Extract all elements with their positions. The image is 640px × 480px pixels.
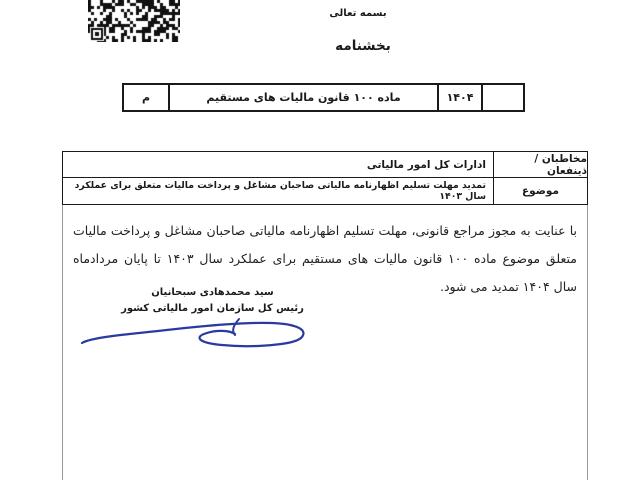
header-empty-cell: [481, 85, 523, 110]
bismillah-text: بسمه تعالی: [298, 8, 418, 19]
header-year-cell: ۱۴۰۴: [437, 85, 481, 110]
header-subject-cell: ماده ۱۰۰ قانون مالیات های مستقیم: [168, 85, 437, 110]
subject-row: موضوع تمدید مهلت تسلیم اظهارنامه مالیاتی…: [62, 178, 588, 205]
signature-block: سید محمدهادی سبحانیان رئیس کل سازمان امو…: [100, 285, 325, 317]
recipients-value: ادارات کل امور مالیاتی: [63, 152, 493, 177]
info-table: مخاطبان / ذینفعان ادارات کل امور مالیاتی…: [62, 151, 588, 480]
header-classification-table: ۱۴۰۴ ماده ۱۰۰ قانون مالیات های مستقیم م: [122, 83, 525, 112]
recipients-row: مخاطبان / ذینفعان ادارات کل امور مالیاتی: [62, 151, 588, 178]
signer-name: سید محمدهادی سبحانیان: [100, 285, 325, 301]
qr-code: [88, 0, 180, 42]
body-box: با عنایت به مجوز مراجع قانونی، مهلت تسلی…: [62, 205, 588, 480]
subject-value: تمدید مهلت تسلیم اظهارنامه مالیاتی صاحبا…: [63, 178, 493, 204]
circular-document: { "page": { "bismillah": "بسمه تعالی", "…: [0, 0, 640, 480]
handwritten-signature: [76, 311, 311, 359]
header-class-letter-cell: م: [124, 85, 168, 110]
document-type-title: بخشنامه: [298, 38, 428, 54]
signer-title: رئیس کل سازمان امور مالیاتی کشور: [100, 301, 325, 317]
subject-label: موضوع: [493, 178, 587, 204]
recipients-label: مخاطبان / ذینفعان: [493, 152, 587, 177]
